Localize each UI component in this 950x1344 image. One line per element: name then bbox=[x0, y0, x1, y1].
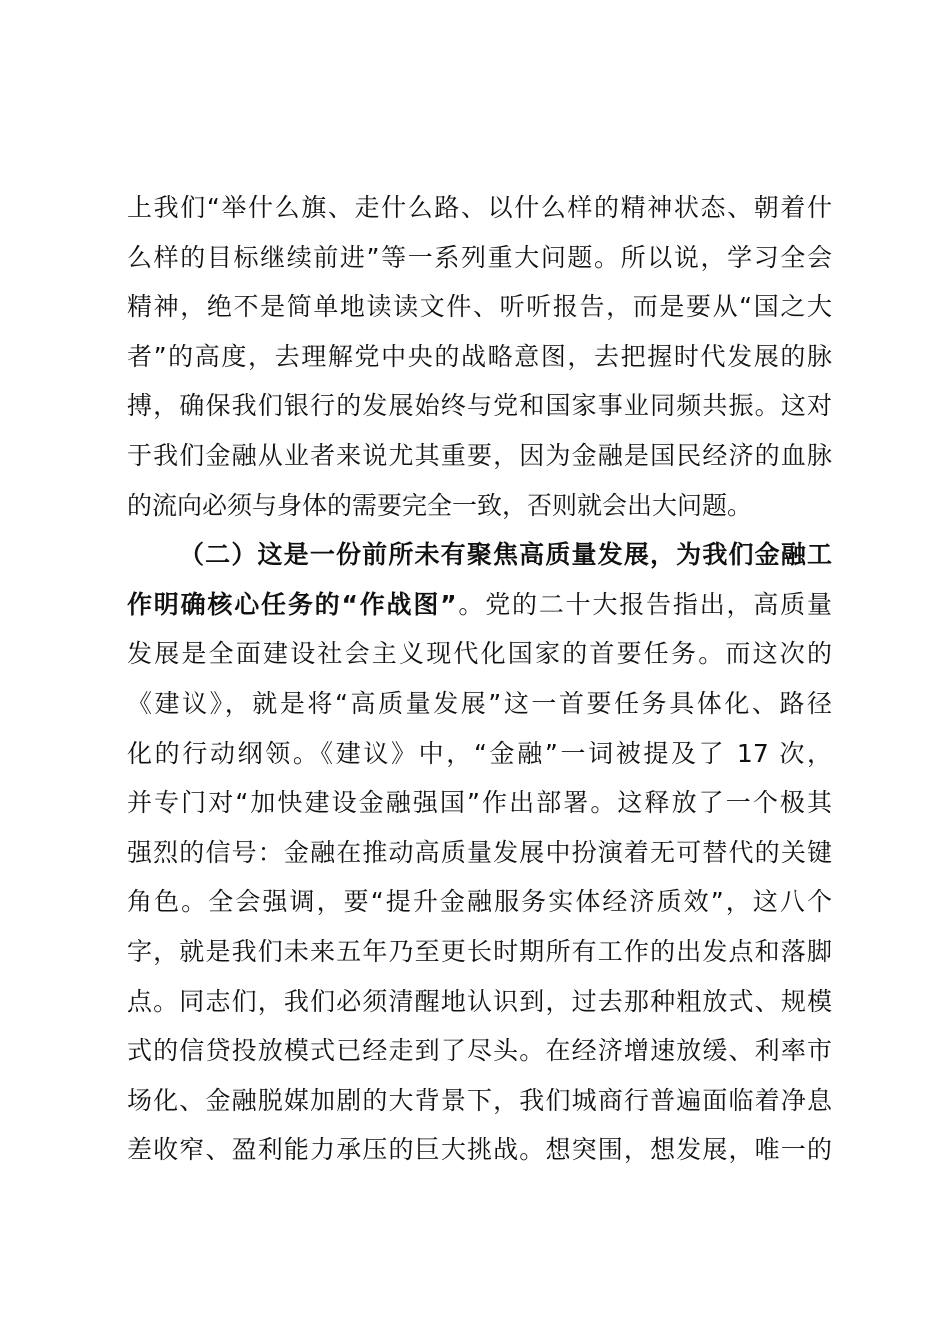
section-heading: （二）这是一份前所未有聚焦高质量发展，为我们金融工 bbox=[127, 530, 832, 580]
text-line: 式的信贷投放模式已经走到了尽头。在经济增速放缓、利率市 bbox=[127, 1026, 832, 1076]
text-line: 么样的目标继续前进”等一系列重大问题。所以说，学习全会 bbox=[127, 233, 832, 283]
text-line: 差收窄、盈利能力承压的巨大挑战。想突围，想发展，唯一的 bbox=[127, 1125, 832, 1175]
text-line: 场化、金融脱媒加剧的大背景下，我们城商行普遍面临着净息 bbox=[127, 1076, 832, 1126]
paragraph-1: 上我们“举什么旗、走什么路、以什么样的精神状态、朝着什 么样的目标继续前进”等一… bbox=[127, 183, 832, 530]
text-line: 搏，确保我们银行的发展始终与党和国家事业同频共振。这对 bbox=[127, 381, 832, 431]
document-page: 上我们“举什么旗、走什么路、以什么样的精神状态、朝着什 么样的目标继续前进”等一… bbox=[127, 183, 832, 1175]
text-line: 字，就是我们未来五年乃至更长时期所有工作的出发点和落脚 bbox=[127, 927, 832, 977]
text-line: 作明确核心任务的“作战图”。党的二十大报告指出，高质量 bbox=[127, 580, 832, 630]
text-line: 者”的高度，去理解党中央的战略意图，去把握时代发展的脉 bbox=[127, 332, 832, 382]
text-line: 上我们“举什么旗、走什么路、以什么样的精神状态、朝着什 bbox=[127, 183, 832, 233]
text-line: 《建议》，就是将“高质量发展”这一首要任务具体化、路径 bbox=[127, 679, 832, 729]
text-line: 强烈的信号：金融在推动高质量发展中扮演着无可替代的关键 bbox=[127, 828, 832, 878]
text-line: 精神，绝不是简单地读读文件、听听报告，而是要从“国之大 bbox=[127, 282, 832, 332]
text-line: 角色。全会强调，要“提升金融服务实体经济质效”，这八个 bbox=[127, 877, 832, 927]
text-line: 点。同志们，我们必须清醒地认识到，过去那种粗放式、规模 bbox=[127, 977, 832, 1027]
heading-bold-text: 作明确核心任务的“作战图” bbox=[127, 590, 457, 619]
text-line: 的流向必须与身体的需要完全一致，否则就会出大问题。 bbox=[127, 481, 832, 531]
text-line: 化的行动纲领。《建议》中，“金融”一词被提及了 17 次， bbox=[127, 729, 832, 779]
heading-bold-text: （二）这是一份前所未有聚焦高质量发展，为我们金融工 bbox=[179, 540, 832, 569]
text-line: 发展是全面建设社会主义现代化国家的首要任务。而这次的 bbox=[127, 629, 832, 679]
text-line: 于我们金融从业者来说尤其重要，因为金融是国民经济的血脉 bbox=[127, 431, 832, 481]
paragraph-2: （二）这是一份前所未有聚焦高质量发展，为我们金融工 作明确核心任务的“作战图”。… bbox=[127, 530, 832, 1175]
text-line: 并专门对“加快建设金融强国”作出部署。这释放了一个极其 bbox=[127, 778, 832, 828]
